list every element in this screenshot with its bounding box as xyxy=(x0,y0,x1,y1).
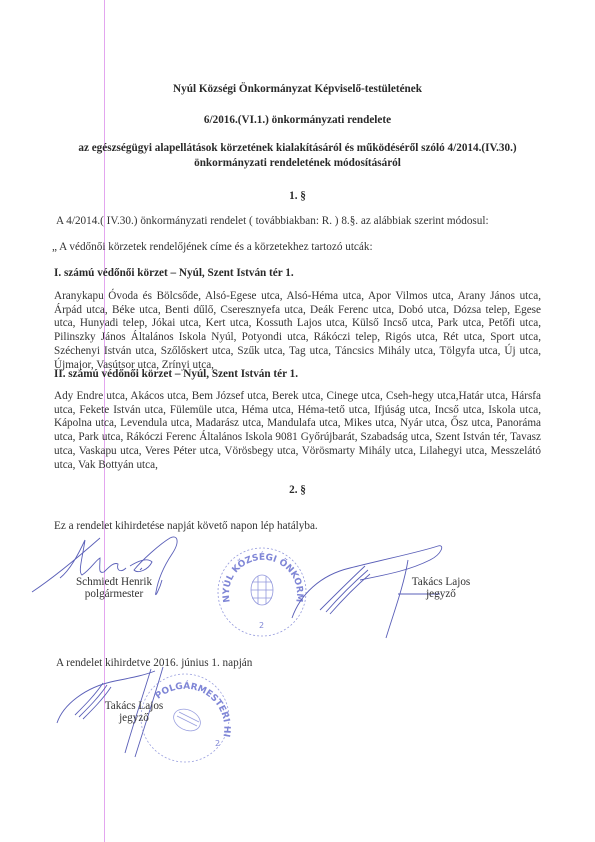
notary-signature-block: Takács Lajos jegyző xyxy=(396,576,486,600)
district-1-title: I. számú védőnői körzet – Nyúl, Szent Is… xyxy=(54,267,294,279)
mayor-title: polgármester xyxy=(64,588,164,600)
decree-number: 6/2016.(VI.1.) önkormányzati rendelete xyxy=(0,114,595,126)
mayor-signature-block: Schmiedt Henrik polgármester xyxy=(64,576,164,600)
notary-name: Takács Lajos xyxy=(396,576,486,588)
district-1-streets: Aranykapu Óvoda és Bölcsőde, Alsó-Egese … xyxy=(54,290,541,372)
mayor-name: Schmiedt Henrik xyxy=(64,576,164,588)
decree-subject: az egészségügyi alapellátások körzetének… xyxy=(0,141,595,171)
publication-notary-block: Takács Lajos jegyző xyxy=(84,700,184,724)
district-2-title: II. számú védőnői körzet – Nyúl, Szent I… xyxy=(54,368,298,380)
publication-notary-title: jegyző xyxy=(84,712,184,724)
section-1-intro: A 4/2014.( IV.30.) önkormányzati rendele… xyxy=(56,215,546,227)
district-2-streets: Ady Endre utca, Akácos utca, Bem József … xyxy=(54,390,541,472)
section-1-heading: 1. § xyxy=(0,190,595,202)
notary-title: jegyző xyxy=(396,588,486,600)
section-1-quote: „ A védőnői körzetek rendelőjének címe é… xyxy=(52,241,542,253)
document-page: Nyúl Községi Önkormányzat Képviselő-test… xyxy=(0,0,595,842)
issuer-heading: Nyúl Községi Önkormányzat Képviselő-test… xyxy=(0,83,595,95)
subject-line-1: az egészségügyi alapellátások körzetének… xyxy=(0,141,595,156)
municipality-stamp-number: 2 xyxy=(259,621,264,630)
section-2-heading: 2. § xyxy=(0,484,595,496)
subject-line-2: önkormányzati rendeletének módosításáról xyxy=(0,156,595,171)
office-stamp-number: 2 xyxy=(215,739,220,748)
publication-notary-name: Takács Lajos xyxy=(84,700,184,712)
